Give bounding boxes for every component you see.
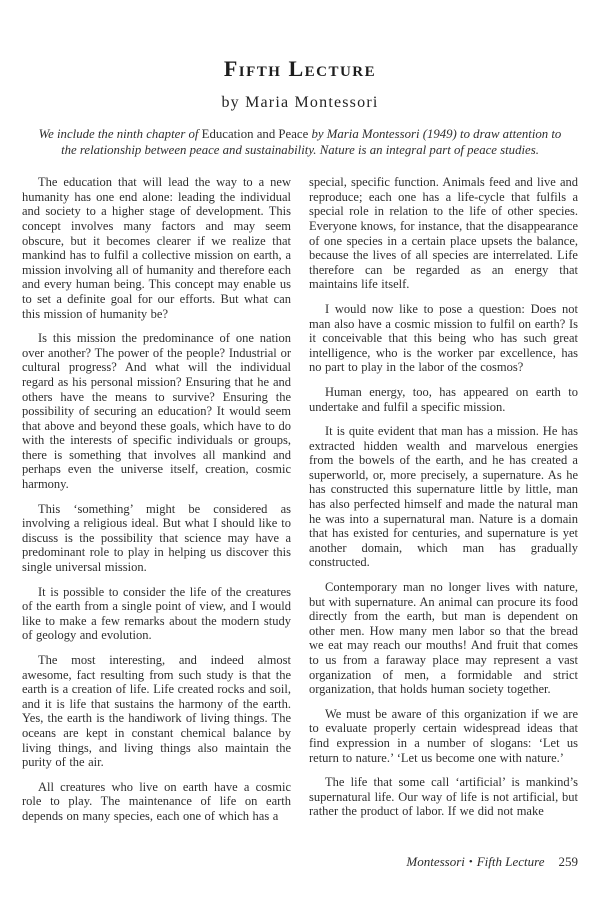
two-column-body: The education that will lead the way to … [22, 175, 578, 849]
bullet-separator: • [469, 856, 473, 868]
running-footer-author: Montessori [406, 854, 465, 869]
byline: by Maria Montessori [22, 94, 578, 112]
paragraph: The education that will lead the way to … [22, 175, 291, 321]
paragraph: Is this mission the predominance of one … [22, 331, 291, 492]
page-number: 259 [559, 854, 579, 869]
right-column: special, specific function. Animals feed… [309, 175, 578, 849]
paragraph: I would now like to pose a question: Doe… [309, 302, 578, 375]
document-page: Fifth Lecture by Maria Montessori We inc… [0, 0, 600, 900]
paragraph: All creatures who live on earth have a c… [22, 780, 291, 824]
paragraph: It is quite evident that man has a missi… [309, 424, 578, 570]
paragraph: We must be aware of this organization if… [309, 707, 578, 765]
running-footer: Montessori•Fifth Lecture259 [406, 854, 578, 870]
left-column: The education that will lead the way to … [22, 175, 291, 849]
paragraph: The life that some call ‘artificial’ is … [309, 775, 578, 819]
paragraph: This ‘something’ might be considered as … [22, 502, 291, 575]
paragraph: Contemporary man no longer lives with na… [309, 580, 578, 697]
paragraph: The most interesting, and indeed almost … [22, 653, 291, 770]
paragraph: It is possible to consider the life of t… [22, 585, 291, 643]
running-footer-lecture: Fifth Lecture [477, 854, 545, 869]
page-title: Fifth Lecture [22, 56, 578, 82]
paragraph-continuation: special, specific function. Animals feed… [309, 175, 578, 292]
editorial-note-pre: We include the ninth chapter of [39, 127, 202, 141]
book-title: Education and Peace [202, 127, 309, 141]
editorial-note: We include the ninth chapter of Educatio… [34, 127, 566, 158]
paragraph: Human energy, too, has appeared on earth… [309, 385, 578, 414]
